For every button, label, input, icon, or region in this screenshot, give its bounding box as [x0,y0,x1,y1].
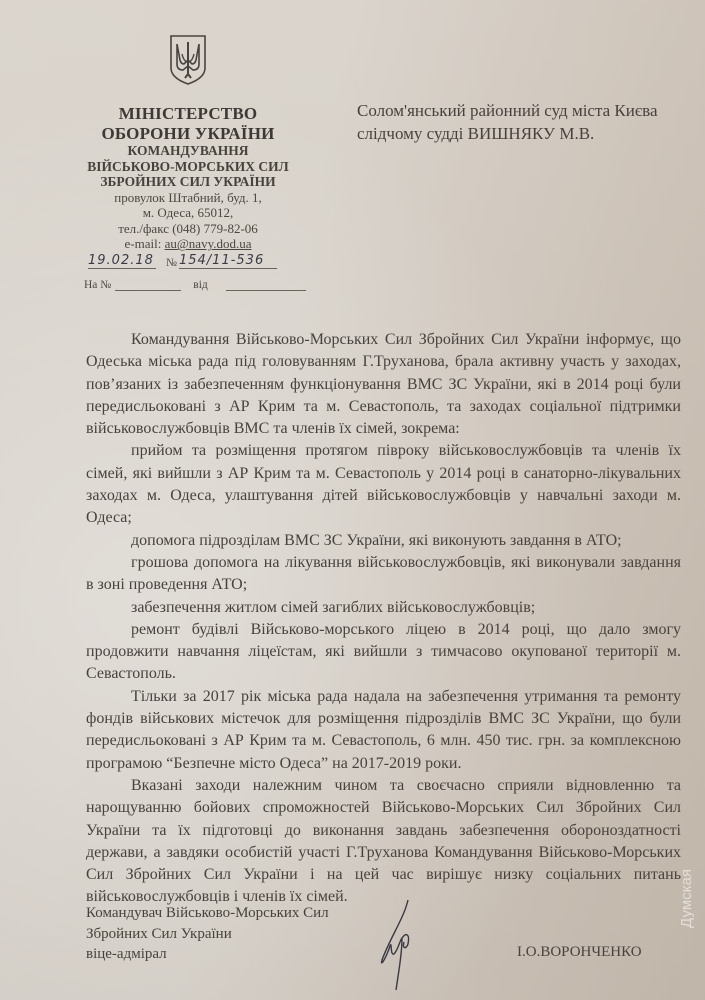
addressee-court: Солом'янський районний суд міста Києва [357,100,658,123]
body-paragraph: Вказані заходи належним чином та своєчас… [86,775,681,909]
number-sign: № [166,257,177,269]
body-list-item: допомога підрозділам ВМС ЗС України, які… [86,530,681,552]
address-line1: провулок Штабний, буд. 1, [72,190,304,206]
registration-block: 19.02.18 № 154/11-536 На № від [84,247,314,291]
addressee-block: Солом'янський районний суд міста Києва с… [357,100,658,146]
signatory-name: І.О.ВОРОНЧЕНКО [517,944,642,961]
signatory-rank: віце-адмірал [86,944,329,965]
document-page: МІНІСТЕРСТВО ОБОРОНИ УКРАЇНИ КОМАНДУВАНН… [0,0,705,1000]
handwritten-outgoing-number: 154/11-536 [179,253,277,269]
signatory-title-line1: Командувач Військово-Морських Сил [86,903,329,924]
command-name-line3: ЗБРОЙНИХ СИЛ УКРАЇНИ [72,174,304,190]
handwritten-signature-icon [360,898,440,993]
ref-date-blank [226,278,306,291]
ref-number-label: На № [84,279,111,291]
ministry-name-line2: ОБОРОНИ УКРАЇНИ [72,124,304,144]
addressee-judge: слідчому судді ВИШНЯКУ М.В. [357,123,658,146]
command-name-line2: ВІЙСЬКОВО-МОРСЬКИХ СИЛ [72,159,304,175]
body-list-item: прийом та розміщення протягом півроку ві… [86,440,681,529]
ministry-name-line1: МІНІСТЕРСТВО [72,104,304,124]
body-paragraph: Тільки за 2017 рік міська рада надала на… [86,686,681,775]
body-list-item: забезпечення житлом сімей загиблих війсь… [86,597,681,619]
letter-body: Командування Військово-Морських Сил Збро… [86,329,681,909]
address-line2: м. Одеса, 65012, [72,205,304,221]
trident-coat-of-arms-icon [168,34,208,86]
phone-fax: тел./факс (048) 779-82-06 [72,221,304,237]
ref-from-label: від [193,279,207,291]
body-list-item: грошова допомога на лікування військовос… [86,552,681,597]
letterhead: МІНІСТЕРСТВО ОБОРОНИ УКРАЇНИ КОМАНДУВАНН… [72,104,304,252]
outgoing-registration: 19.02.18 № 154/11-536 [84,247,314,269]
incoming-reference: На № від [84,269,314,291]
signatory-title-line2: Збройних Сил України [86,924,329,945]
signatory-title: Командувач Військово-Морських Сил Збройн… [86,903,329,965]
command-name-line1: КОМАНДУВАННЯ [72,143,304,159]
source-watermark: Думская [678,858,695,928]
body-list-item: ремонт будівлі Військово-морського ліцею… [86,619,681,686]
ref-number-blank [115,278,181,291]
handwritten-date: 19.02.18 [88,253,156,269]
body-paragraph: Командування Військово-Морських Сил Збро… [86,329,681,440]
